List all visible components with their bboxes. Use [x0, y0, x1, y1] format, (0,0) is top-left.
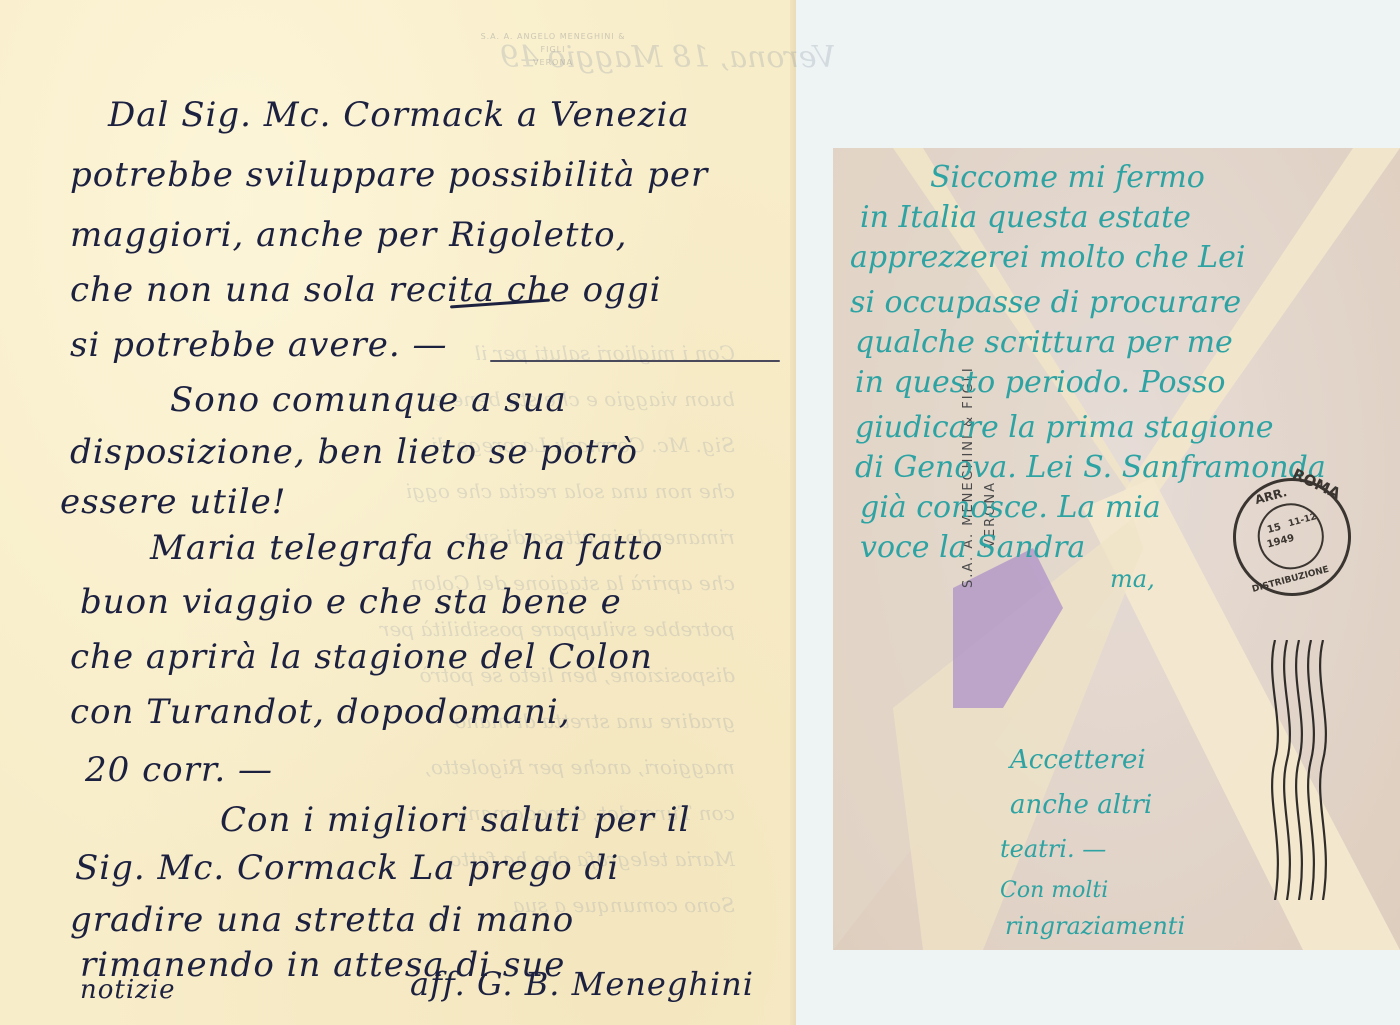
letter-line: Sono comunque a sua	[170, 380, 567, 420]
letter-line: buon viaggio e che sta bene e	[80, 582, 622, 622]
letter-line: maggiori, anche per Rigoletto,	[70, 215, 627, 255]
envelope-line: Accetterei	[1010, 745, 1146, 775]
envelope-line: Siccome mi fermo	[930, 160, 1205, 195]
letter-line: notizie	[80, 975, 176, 1005]
letter-line: che aprirà la stagione del Colon	[70, 637, 653, 677]
letter-line: si potrebbe avere. —	[70, 325, 447, 365]
dash-stroke	[490, 360, 780, 362]
envelope-line: giudicare la prima stagione	[855, 410, 1274, 445]
letter-line: Sig. Mc. Cormack La prego di	[75, 848, 619, 888]
envelope-line: anche altri	[1010, 790, 1152, 820]
envelope-line: ma,	[1110, 565, 1155, 593]
letter-line: Maria telegrafa che ha fatto	[150, 528, 664, 568]
bleed-through-dateline: Verona, 18 Maggio 49	[500, 40, 835, 75]
letter-line: Dal Sig. Mc. Cormack a Venezia	[108, 95, 690, 135]
envelope-line: in questo periodo. Posso	[855, 365, 1225, 400]
envelope-line: apprezzerei molto che Lei	[850, 240, 1245, 275]
letter-edge	[790, 0, 796, 1025]
letter-line: essere utile!	[60, 482, 286, 522]
letter-line: con Turandot, dopodomani,	[70, 692, 571, 732]
envelope-line: ringraziamenti	[1005, 912, 1185, 940]
letter-line: che non una sola recita che oggi	[70, 270, 661, 310]
envelope-line: si occupasse di procurare	[850, 285, 1241, 320]
envelope-line: già conosce. La mia	[860, 490, 1161, 525]
letter-page: S.A. A. ANGELO MENEGHINI & FIGLI VERONA …	[0, 0, 796, 1025]
letter-line: potrebbe sviluppare possibilità per	[70, 155, 708, 195]
letter-line: disposizione, ben lieto se potrò	[70, 432, 638, 472]
envelope-line: Con molti	[1000, 878, 1108, 903]
envelope-line: teatri. —	[1000, 835, 1106, 863]
letter-line: 20 corr. —	[85, 750, 273, 790]
letter-line: Con i migliori saluti per il	[220, 800, 690, 840]
envelope-line: di Genova. Lei S. Sanframonda	[855, 450, 1326, 485]
signature: aff. G. B. Meneghini	[410, 965, 754, 1003]
envelope-line: voce la Sandra	[860, 530, 1085, 565]
letter-line: gradire una stretta di mano	[70, 900, 574, 940]
wavy-cancellation-lines	[1270, 640, 1330, 900]
envelope-line: qualche scrittura per me	[855, 325, 1233, 360]
envelope-line: in Italia questa estate	[860, 200, 1191, 235]
